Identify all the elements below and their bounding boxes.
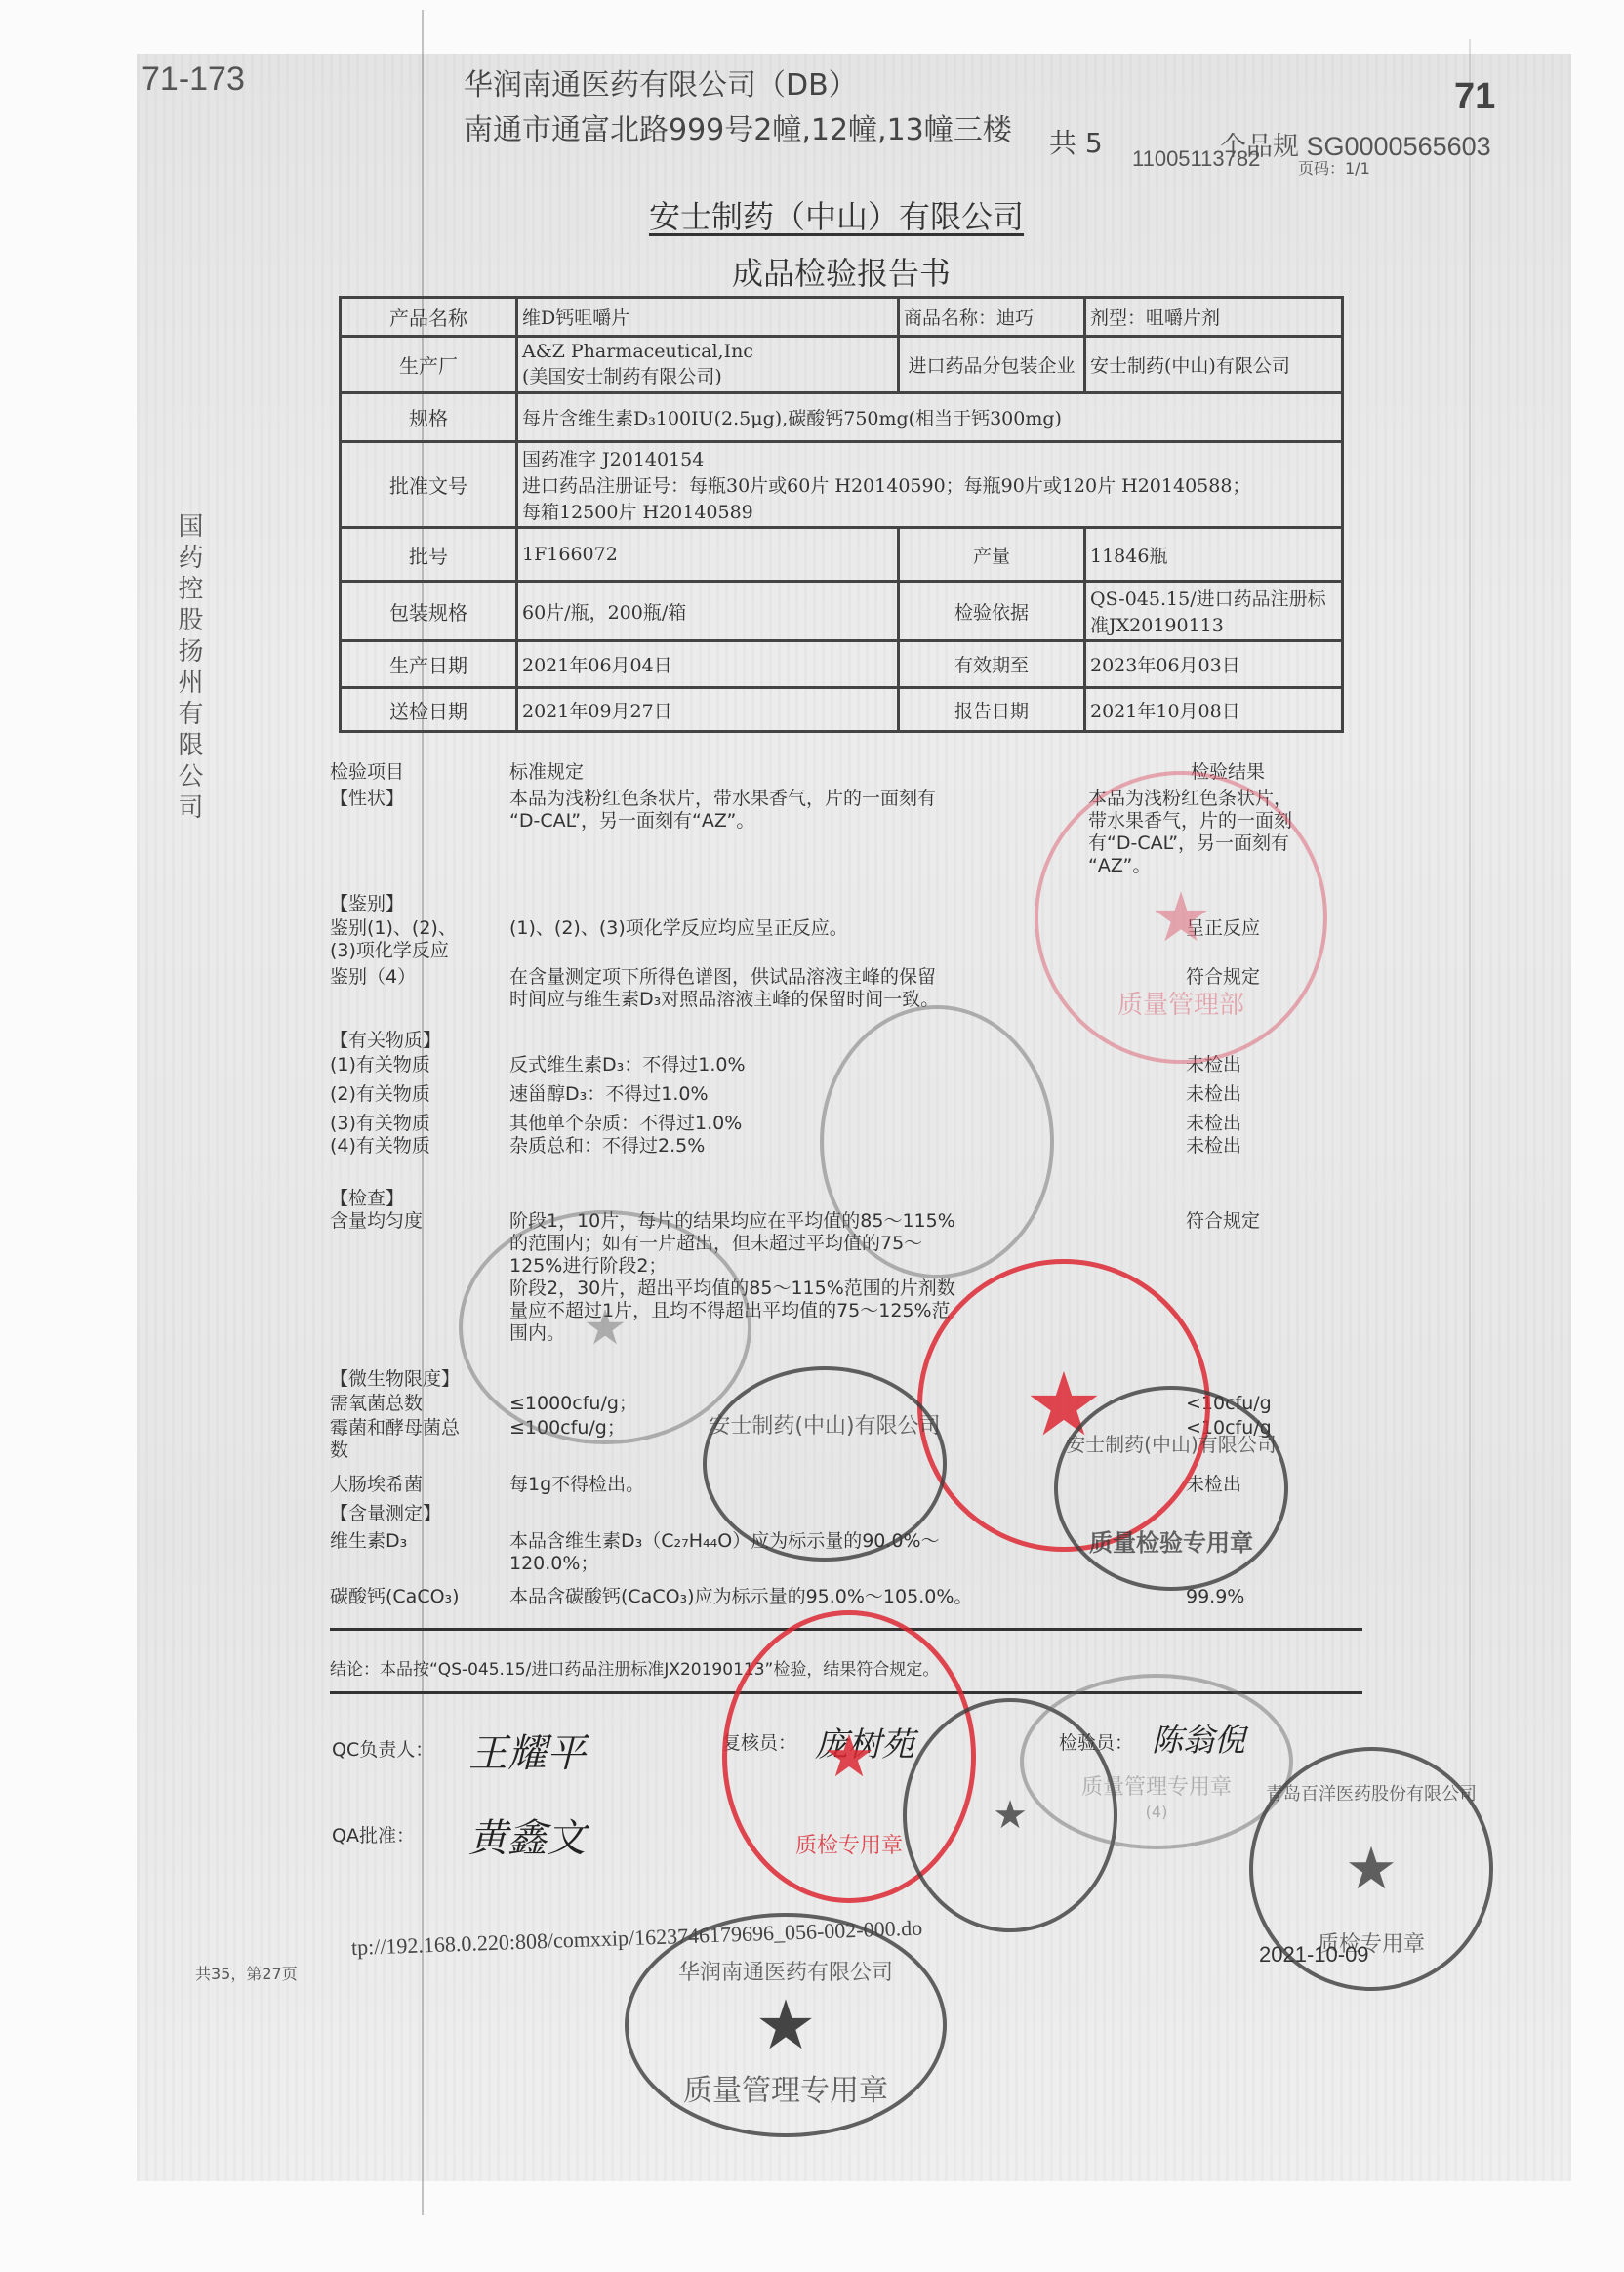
az-qc-stamp: 安士制药(中山)有限公司 质量检验专用章 <box>1054 1386 1288 1591</box>
test-standard: 速甾醇D₃：不得过1.0% <box>509 1083 709 1106</box>
page-code: 页码：1/1 <box>1298 156 1370 179</box>
az-company-stamp: 安士制药(中山)有限公司 <box>703 1366 947 1562</box>
scan-artifact-line <box>1469 39 1471 1796</box>
test-item: 鉴别（4） <box>330 966 416 989</box>
submit-date-label: 送检日期 <box>341 688 517 732</box>
package-spec: 60片/瓶，200瓶/箱 <box>517 582 899 641</box>
approval-label: 批准文号 <box>341 442 517 528</box>
star-icon: ★ <box>993 1796 1028 1835</box>
star-icon: ★ <box>1345 1840 1398 1898</box>
test-item: (3)有关物质 <box>330 1113 430 1135</box>
test-item: 【检查】 <box>330 1188 404 1210</box>
batch-label: 批号 <box>341 528 517 582</box>
test-standard: 其他单个杂质：不得过1.0% <box>509 1113 742 1135</box>
stamp-text: (4) <box>1024 1803 1289 1821</box>
test-standard: (1)、(2)、(3)项化学反应均应呈正反应。 <box>509 917 848 940</box>
product-name-label: 产品名称 <box>341 298 517 337</box>
test-item: 碳酸钙(CaCO₃) <box>330 1586 460 1608</box>
test-result: 符合规定 <box>1186 1210 1260 1233</box>
test-standard: 在含量测定项下所得色谱图，供试品溶液主峰的保留 时间应与维生素D₃对照品溶液主峰… <box>509 966 939 1011</box>
test-item: (4)有关物质 <box>330 1135 430 1157</box>
submit-date: 2021年09月27日 <box>517 688 899 732</box>
count-label: 共 5 <box>1049 122 1103 161</box>
manufacturer-label: 生产厂 <box>341 337 517 393</box>
manufacturer: A&Z Pharmaceutical,Inc(美国安士制药有限公司) <box>517 337 899 393</box>
test-result: 未检出 <box>1186 1113 1241 1135</box>
document-id: 71-173 <box>142 61 245 99</box>
test-result: 未检出 <box>1186 1083 1241 1106</box>
approval-line: 进口药品注册证号：每瓶30片或60片 H20140590；每瓶90片或120片 … <box>522 471 1337 498</box>
test-item: (2)有关物质 <box>330 1083 430 1106</box>
test-item: 大肠埃希菌 <box>330 1474 423 1496</box>
report-date: 2021年10月08日 <box>1085 688 1343 732</box>
product-info-table: 产品名称 维D钙咀嚼片 商品名称：迪巧 剂型：咀嚼片剂 生产厂 A&Z Phar… <box>339 296 1344 733</box>
test-item: 鉴别(1)、(2)、 (3)项化学反应 <box>330 917 457 962</box>
qc-label: QC负责人： <box>332 1739 433 1762</box>
basis-label: 检验依据 <box>899 582 1085 641</box>
stamp-text: 质量管理专用章 <box>1024 1770 1289 1801</box>
stamp-text: 质量检验专用章 <box>1058 1523 1284 1558</box>
test-standard: 杂质总和：不得过2.5% <box>509 1135 705 1157</box>
test-standard: 每1g不得检出。 <box>509 1474 644 1496</box>
mfg-date: 2021年06月04日 <box>517 641 899 688</box>
distributor-name: 华润南通医药有限公司（DB） <box>464 61 858 103</box>
qa-signature: 黄鑫文 <box>468 1807 586 1863</box>
output-label: 产量 <box>899 528 1085 582</box>
star-icon: ★ <box>823 1727 875 1786</box>
stamp-text: 质量管理部 <box>1038 985 1323 1021</box>
output: 11846瓶 <box>1085 528 1343 582</box>
packager-label: 进口药品分包装企业 <box>899 337 1085 393</box>
test-item: 【性状】 <box>330 788 404 810</box>
test-standard: 本品为浅粉红色条状片，带水果香气，片的一面刻有 “D-CAL”，另一面刻有“AZ… <box>509 788 936 832</box>
mfg-date-label: 生产日期 <box>341 641 517 688</box>
col-item-header: 检验项目 <box>330 761 404 784</box>
stamp-date: 2021-10-09 <box>1259 1942 1369 1968</box>
trade-name: 商品名称：迪巧 <box>899 298 1085 337</box>
stamp-text: 质量管理专用章 <box>629 2066 943 2109</box>
test-result: 99.9% <box>1186 1586 1244 1608</box>
stamp-text: 青岛百洋医药股份有限公司 <box>1253 1780 1489 1805</box>
report-date-label: 报告日期 <box>899 688 1085 732</box>
test-item: 【鉴别】 <box>330 893 404 915</box>
test-item: (1)有关物质 <box>330 1054 430 1076</box>
side-note: 国药控股扬州有限公司 <box>171 512 207 825</box>
approval-numbers: 国药准字 J20140154 进口药品注册证号：每瓶30片或60片 H20140… <box>517 442 1343 528</box>
qm-seal-stamp: 质量管理专用章 (4) <box>1020 1674 1293 1849</box>
test-standard: 反式维生素D₃：不得过1.0% <box>509 1054 746 1076</box>
qa-label: QA批准： <box>332 1825 415 1847</box>
test-item: 霉菌和酵母菌总 数 <box>330 1417 460 1462</box>
product-name: 维D钙咀嚼片 <box>517 298 899 337</box>
batch-number: 1F166072 <box>517 528 899 582</box>
stamp-text: 安士制药(中山)有限公司 <box>1058 1429 1284 1457</box>
approval-line: 每箱12500片 H20140589 <box>522 498 1337 524</box>
barcode-number: 11005113782 <box>1132 146 1260 172</box>
expiry-date: 2023年06月03日 <box>1085 641 1343 688</box>
star-icon: ★ <box>584 1303 628 1352</box>
qc-signature: 王耀平 <box>468 1723 586 1778</box>
approval-line: 国药准字 J20140154 <box>522 445 1337 471</box>
report-title: 成品检验报告书 <box>732 249 951 294</box>
inspection-basis: QS-045.15/进口药品注册标准JX20190113 <box>1085 582 1343 641</box>
test-standard: 本品含碳酸钙(CaCO₃)应为标示量的95.0%～105.0%。 <box>509 1586 972 1608</box>
star-icon: ★ <box>755 1991 817 2059</box>
test-result: 未检出 <box>1186 1135 1241 1157</box>
page-stamp-number: 71 <box>1454 76 1495 118</box>
spec: 每片含维生素D₃100IU(2.5μg),碳酸钙750mg(相当于钙300mg) <box>517 393 1343 442</box>
test-item: 维生素D₃ <box>330 1530 407 1553</box>
test-item: 【微生物限度】 <box>330 1368 460 1391</box>
manufacturer-en: A&Z Pharmaceutical,Inc <box>522 341 893 362</box>
faint-gray-stamp <box>820 1005 1054 1278</box>
expiry-label: 有效期至 <box>899 641 1085 688</box>
spec-label: 规格 <box>341 393 517 442</box>
test-item: 需氧菌总数 <box>330 1393 423 1415</box>
company-title: 安士制药（中山）有限公司 <box>649 192 1024 237</box>
distributor-address: 南通市通富北路999号2幢,12幢,13幢三楼 <box>464 105 1012 148</box>
packager: 安士制药(中山)有限公司 <box>1085 337 1343 393</box>
package-label: 包装规格 <box>341 582 517 641</box>
stamp-text: 华润南通医药有限公司 <box>629 1956 943 1986</box>
test-item: 【含量测定】 <box>330 1503 441 1525</box>
stamp-text: 安士制药(中山)有限公司 <box>707 1409 943 1440</box>
manufacturer-cn: (美国安士制药有限公司) <box>522 362 893 388</box>
qa-dept-stamp: ★ 质量管理部 <box>1035 771 1327 1064</box>
star-icon: ★ <box>1151 883 1212 952</box>
test-item: 【有关物质】 <box>330 1030 441 1052</box>
test-item: 含量均匀度 <box>330 1210 423 1233</box>
page-info: 共35，第27页 <box>195 1962 298 1984</box>
dosage-form: 剂型：咀嚼片剂 <box>1085 298 1343 337</box>
col-standard-header: 标准规定 <box>509 761 584 784</box>
